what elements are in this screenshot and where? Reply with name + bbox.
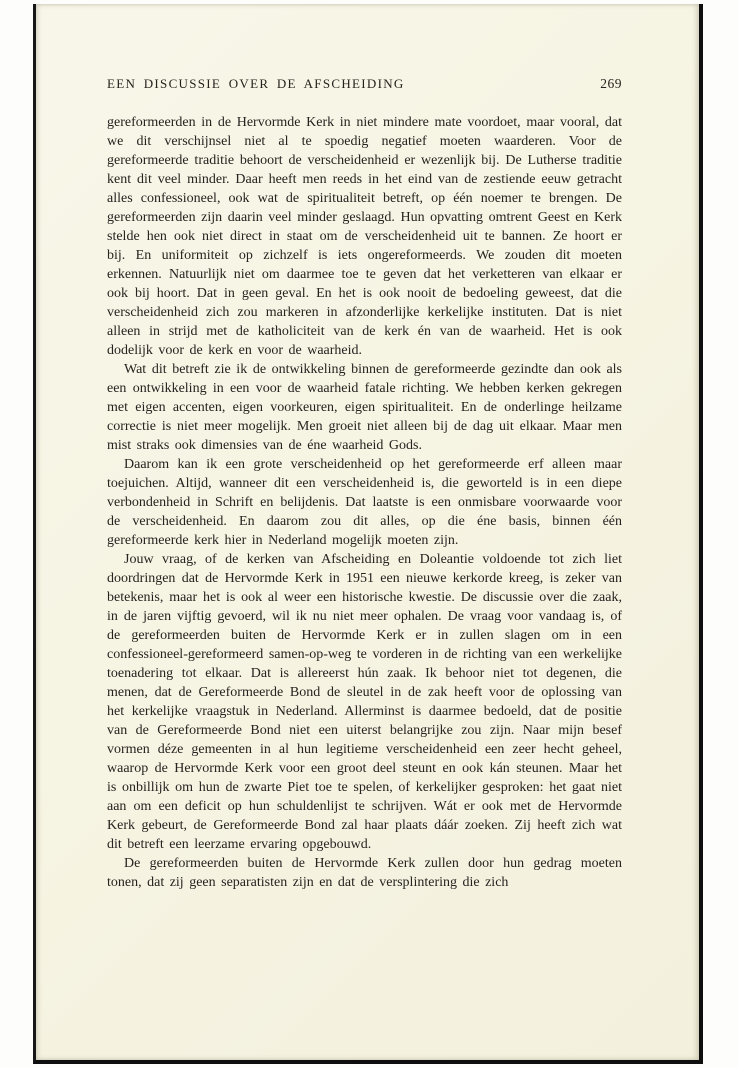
running-title: EEN DISCUSSIE OVER DE AFSCHEIDING [107,76,405,92]
page-content: EEN DISCUSSIE OVER DE AFSCHEIDING 269 ge… [36,4,699,892]
page-body: gereformeerden in de Hervormde Kerk in n… [107,113,622,892]
paragraph: Daarom kan ik een grote verscheidenheid … [107,455,622,550]
paragraph: Jouw vraag, of de kerken van Afscheiding… [107,550,622,854]
paragraph: Wat dit betreft zie ik de ontwikkeling b… [107,360,622,455]
paragraph: De gereformeerden buiten de Hervormde Ke… [107,854,622,892]
paragraph: gereformeerden in de Hervormde Kerk in n… [107,113,622,360]
scanned-page-canvas: EEN DISCUSSIE OVER DE AFSCHEIDING 269 ge… [0,0,738,1068]
page-header: EEN DISCUSSIE OVER DE AFSCHEIDING 269 [107,76,622,92]
page-number: 269 [600,76,622,92]
book-page: EEN DISCUSSIE OVER DE AFSCHEIDING 269 ge… [33,4,703,1064]
